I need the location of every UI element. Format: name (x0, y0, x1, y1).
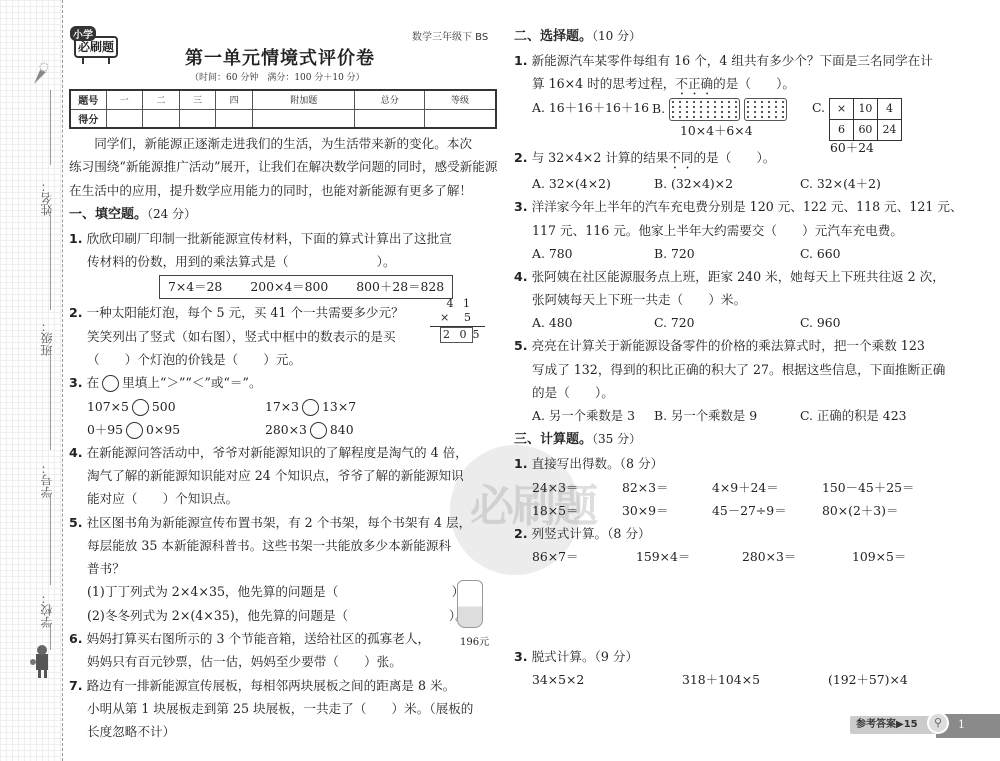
question-text: 张阿姨在社区能源服务点上班，距家 240 米，她每天上下班共往返 2 次， (532, 269, 945, 284)
table-cell: 10 (853, 99, 877, 120)
question-text: 张阿姨每天上下班一共走（ ）米。 (514, 288, 984, 311)
dot (747, 116, 749, 118)
compare-right: 840 (330, 418, 354, 441)
table-cell: 24 (877, 120, 901, 141)
question-3: 3. 在里填上“＞”“＜”或“＝”。 (69, 371, 499, 394)
dot (782, 111, 784, 113)
section-heading: 一、填空题。（24 分） (69, 202, 499, 227)
dot (775, 106, 777, 108)
question-1: 1. 欣欣印刷厂印制一批新能源宣传材料，下面的算式计算出了这批宣 (69, 227, 499, 250)
vertical-top: 4 1 (430, 297, 485, 311)
compare-left: 280×3 (265, 418, 307, 441)
dot (782, 106, 784, 108)
intro-line: 练习围绕“新能源推广活动”展开，让我们在解决数学问题的同时，感受新能源 (69, 155, 499, 178)
dot (721, 116, 723, 118)
logo-leg (108, 58, 110, 64)
question-text: 的是（ ）。 (514, 381, 984, 404)
option-c[interactable]: C. ×104 66024 60＋24 (800, 98, 902, 155)
expression: 200×4＝800 (250, 277, 328, 297)
score-header-cell: 一 (106, 90, 143, 109)
mc-question-4: 4. 张阿姨在社区能源服务点上班，距家 240 米，她每天上下班共往返 2 次， (514, 265, 984, 288)
dot (679, 116, 681, 118)
dot (761, 116, 763, 118)
dot (693, 101, 695, 103)
calc-row: 24×3＝ 82×3＝ 4×9＋24＝ 150－45＋25＝ (514, 476, 984, 499)
time-info: （时间：60 分钟 满分：100 分＋10 分） (190, 70, 365, 83)
question-number: 1. (69, 231, 83, 246)
question-number: 3. (514, 649, 528, 664)
dot (735, 116, 737, 118)
dot (714, 116, 716, 118)
section-heading: 二、选择题。（10 分） (514, 24, 984, 49)
question-number: 5. (514, 338, 528, 353)
score-cell[interactable] (253, 109, 355, 128)
dot (747, 111, 749, 113)
option-b[interactable]: B. 10×4＋6×4 (652, 98, 800, 141)
question-6: 6. 妈妈打算买右图所示的 3 个节能音箱，送给社区的孤寡老人， (69, 627, 499, 650)
question-text: 新能源汽车某零件每组有 16 个，4 组共有多少个？下面是三名同学在计 (532, 53, 933, 68)
dot (686, 116, 688, 118)
mc-options: A. 32×(4×2) B. (32×4)×2 C. 32×(4＋2) (514, 172, 984, 195)
score-header-cell: 题号 (70, 90, 106, 109)
score-header-cell: 附加题 (253, 90, 355, 109)
dot (686, 101, 688, 103)
option-c[interactable]: C. 32×(4＋2) (800, 172, 881, 195)
emphasis-text: 不同 (668, 150, 693, 165)
calc-item[interactable]: 86×7＝ (532, 545, 636, 645)
class-label: 班级： (38, 320, 55, 356)
table-cell: 6 (829, 120, 853, 141)
mc-options: A. 16＋16＋16＋16 B. 10×4＋6×4 C. ×104 66024… (514, 98, 984, 146)
dot (721, 111, 723, 113)
dot-array-10x4 (669, 98, 740, 121)
question-text: 一种太阳能灯泡，每个 5 元，买 41 个一共需要多少元？ (87, 305, 404, 320)
option-b[interactable]: B. 另一个乘数是 9 (654, 404, 800, 427)
question-number: 5. (69, 515, 83, 530)
question-text: 直接写出得数。（8 分） (532, 456, 664, 471)
logo-leg (82, 58, 84, 64)
question-number: 2. (514, 526, 528, 541)
dot-array-6x4 (744, 98, 787, 121)
dot (693, 111, 695, 113)
question-number: 1. (514, 456, 528, 471)
mc-question-3: 3. 洋洋家今年上半年的汽车充电费分别是 120 元、122 元、118 元、1… (514, 195, 984, 218)
calc-question-1: 1. 直接写出得数。（8 分） (514, 452, 984, 475)
dot (693, 116, 695, 118)
speaker-image (457, 580, 483, 628)
mc-question-1: 1. 新能源汽车某零件每组有 16 个，4 组共有多少个？下面是三名同学在计 (514, 49, 984, 72)
intro-line: 在生活中的应用，提升数学应用能力的同时，也能对新能源有更多了解！ (69, 179, 499, 202)
speaker-price: 196元 (460, 633, 489, 648)
vertical-mult-row: ×5 (430, 311, 485, 325)
score-header-cell: 等级 (425, 90, 496, 109)
compare-right: 500 (152, 395, 176, 418)
option-c[interactable]: C. 960 (800, 311, 841, 334)
dot (761, 101, 763, 103)
dot (768, 106, 770, 108)
calc-item[interactable]: 280×3＝ (742, 545, 852, 645)
text: 的是（ ）。 (713, 76, 795, 91)
compare-answer-circle[interactable] (302, 399, 319, 416)
dot (735, 101, 737, 103)
compare-left: 0＋95 (87, 418, 123, 441)
dot (754, 106, 756, 108)
dot (714, 111, 716, 113)
text: 算 16×4 时的思考过程， (532, 76, 675, 91)
left-column: 同学们，新能源正逐渐走进我们的生活，为生活带来新的变化。本次 练习围绕“新能源推… (69, 132, 499, 744)
dot (775, 101, 777, 103)
table-cell: 60 (853, 120, 877, 141)
question-number: 4. (514, 269, 528, 284)
question-number: 2. (514, 150, 528, 165)
option-caption: 60＋24 (812, 141, 902, 155)
compare-item: 0＋950×95 (87, 418, 265, 441)
expression-box: 7×4＝28 200×4＝800 800＋28＝828 (159, 275, 453, 299)
mascot-icon (28, 640, 54, 680)
dot (672, 101, 674, 103)
name-field[interactable] (50, 215, 51, 310)
subject-label: 数学三年级下 BS (412, 28, 488, 43)
mc-options: A. 另一个乘数是 3 B. 另一个乘数是 9 C. 正确的积是 423 (514, 404, 984, 427)
question-text: 洋洋家今年上半年的汽车充电费分别是 120 元、122 元、118 元、121 … (532, 199, 963, 214)
option-a[interactable]: A. 480 (532, 311, 654, 334)
dot (728, 106, 730, 108)
calc-item[interactable]: 109×5＝ (852, 545, 906, 645)
compare-answer-circle[interactable] (126, 422, 143, 439)
student-id-field[interactable] (50, 495, 51, 585)
option-caption: 10×4＋6×4 (652, 121, 800, 141)
mc-question-2: 2. 与 32×4×2 计算的结果不同的是（ ）。 (514, 146, 984, 172)
cut-line (62, 0, 63, 761)
multiplier: 5 (464, 311, 471, 325)
mc-options: A. 780 B. 720 C. 660 (514, 242, 984, 265)
times-sign: × (440, 311, 449, 325)
table-cell: 4 (877, 99, 901, 120)
option-b[interactable]: B. (32×4)×2 (654, 172, 800, 195)
dot (707, 111, 709, 113)
score-header-cell: 四 (216, 90, 253, 109)
compare-circle-icon (102, 375, 119, 392)
table-cell: × (829, 99, 853, 120)
dot (707, 106, 709, 108)
area-table: ×104 66024 (829, 98, 902, 141)
calc-item[interactable]: 30×9＝ (622, 499, 712, 522)
calc-item[interactable]: 34×5×2 (532, 668, 682, 691)
magnifier-icon: ⚲ (927, 712, 949, 734)
dot (761, 111, 763, 113)
dot (693, 106, 695, 108)
option-label: C. (812, 100, 825, 115)
expression: 800＋28＝828 (356, 277, 444, 297)
dot (672, 116, 674, 118)
dot (728, 101, 730, 103)
logo-top: 小学 (70, 26, 96, 41)
question-text: 路边有一排新能源宣传展板，每相邻两块展板之间的距离是 8 米。 (87, 678, 456, 693)
compare-item: 107×5500 (87, 395, 265, 418)
pencil-icon (32, 62, 48, 86)
section-title: 二、选择题。 (514, 29, 592, 44)
score-cell[interactable] (143, 109, 180, 128)
page-number: 1 (958, 716, 965, 734)
question-text: 亮亮在计算关于新能源设备零件的价格的乘法算式时，把一个乘数 123 (532, 338, 925, 353)
question-text: 在 (87, 375, 100, 390)
compare-row: 107×5500 17×313×7 (69, 395, 499, 418)
calc-item[interactable]: 4×9＋24＝ (712, 476, 822, 499)
question-text: 妈妈打算买右图所示的 3 个节能音箱，送给社区的孤寡老人， (87, 631, 430, 646)
dot (721, 106, 723, 108)
section-title: 三、计算题。 (514, 432, 592, 447)
dot (775, 111, 777, 113)
dot (754, 111, 756, 113)
dot (754, 101, 756, 103)
dot (686, 106, 688, 108)
calc-question-3: 3. 脱式计算。（9 分） (514, 645, 984, 668)
score-cell[interactable] (425, 109, 496, 128)
section-points: （35 分） (592, 432, 641, 446)
question-text: 写成了 132，得到的积比正确的积大了 27。根据这些信息，下面推断正确 (514, 358, 984, 381)
dot (672, 111, 674, 113)
option-a[interactable]: A. 32×(4×2) (532, 172, 654, 195)
section-heading: 三、计算题。（35 分） (514, 427, 984, 452)
section-points: （10 分） (592, 29, 641, 43)
boxed-digits: 2 0 (440, 327, 473, 343)
option-b[interactable]: C. 720 (654, 311, 800, 334)
dot (700, 111, 702, 113)
question-number: 2. (69, 305, 83, 320)
student-id-label: 学号： (38, 462, 55, 498)
question-text: 淘气了解的新能源知识能对应 24 个知识点，爷爷了解的新能源知识 (69, 464, 499, 487)
compare-item: 17×313×7 (265, 395, 356, 418)
name-label: 姓名： (38, 180, 55, 216)
calc-item[interactable]: (192＋57)×4 (828, 668, 908, 691)
dot (735, 111, 737, 113)
score-header-row: 题号 一 二 三 四 附加题 总分 等级 (70, 90, 496, 109)
question-text: 脱式计算。（9 分） (532, 649, 638, 664)
compare-item: 280×3840 (265, 418, 354, 441)
dot (700, 101, 702, 103)
section-points: （24 分） (147, 207, 196, 221)
dot (747, 101, 749, 103)
expression: 7×4＝28 (168, 277, 222, 297)
dot (775, 116, 777, 118)
vertical-result: 2 05 (430, 327, 485, 343)
score-row-label: 得分 (70, 109, 106, 128)
sub-question: (1)丁丁列式为 2×4×35，他先算的问题是（ ）； (69, 580, 499, 603)
score-header-cell: 二 (143, 90, 180, 109)
compare-left: 17×3 (265, 395, 299, 418)
question-text: 里填上“＞”“＜”或“＝”。 (122, 375, 261, 390)
class-field[interactable] (50, 355, 51, 450)
question-text: 传材料的份数，用到的乘法算式是（ ）。 (69, 250, 499, 273)
score-cell[interactable] (216, 109, 253, 128)
dot (728, 111, 730, 113)
dot (754, 116, 756, 118)
dot (768, 101, 770, 103)
name-line (50, 90, 51, 165)
dot (728, 116, 730, 118)
question-number: 3. (69, 375, 83, 390)
question-text: 列竖式计算。（8 分） (532, 526, 651, 541)
question-5: 5. 社区图书角为新能源宣传布置书架，有 2 个书架，每个书架有 4 层， (69, 511, 499, 534)
question-text: （ ）个灯泡的价钱是（ ）元。 (69, 348, 499, 371)
mc-question-5: 5. 亮亮在计算关于新能源设备零件的价格的乘法算式时，把一个乘数 123 (514, 334, 984, 357)
calc-row: 34×5×2 318＋104×5 (192＋57)×4 (514, 668, 984, 691)
page-title: 第一单元情境式评价卷 (185, 44, 375, 70)
score-cell[interactable] (355, 109, 425, 128)
option-label: B. (652, 101, 665, 116)
last-digit: 5 (473, 328, 480, 341)
question-text: 算 16×4 时的思考过程，不正确的是（ ）。 (514, 72, 984, 98)
dot (747, 106, 749, 108)
question-7: 7. 路边有一排新能源宣传展板，每相邻两块展板之间的距离是 8 米。 (69, 674, 499, 697)
option-a[interactable]: A. 16＋16＋16＋16 (532, 98, 652, 118)
score-header-cell: 三 (179, 90, 216, 109)
compare-answer-circle[interactable] (132, 399, 149, 416)
calc-row: 18×5＝ 30×9＝ 45－27÷9＝ 80×(2＋3)＝ (514, 499, 984, 522)
question-text: 欣欣印刷厂印制一批新能源宣传材料，下面的算式计算出了这批宣 (87, 231, 452, 246)
mc-options: A. 480 C. 720 C. 960 (514, 311, 984, 334)
dot (714, 101, 716, 103)
option-b[interactable]: B. 720 (654, 242, 800, 265)
school-label: 学校： (38, 592, 55, 628)
question-number: 1. (514, 53, 528, 68)
option-a[interactable]: A. 另一个乘数是 3 (532, 404, 654, 427)
dot (707, 101, 709, 103)
question-number: 6. (69, 631, 83, 646)
question-text: 长度忽略不计） (69, 720, 499, 743)
sub-question: (2)冬冬列式为 2×(4×35)，他先算的问题是（ ）。 (69, 604, 499, 627)
calc-item[interactable]: 318＋104×5 (682, 668, 828, 691)
dot (700, 116, 702, 118)
dot (679, 111, 681, 113)
score-cell[interactable] (179, 109, 216, 128)
question-text: 妈妈只有百元钞票，估一估，妈妈至少要带（ ）张。 (69, 650, 499, 673)
option-c[interactable]: C. 正确的积是 423 (800, 404, 906, 427)
question-text: 小明从第 1 块展板走到第 25 块展板，一共走了（ ）米。（展板的 (69, 697, 499, 720)
dot (700, 106, 702, 108)
dot (735, 106, 737, 108)
dot (721, 101, 723, 103)
compare-left: 107×5 (87, 395, 129, 418)
question-text: 在新能源问答活动中，爷爷对新能源知识的了解程度是淘气的 4 倍， (87, 445, 468, 460)
calc-item[interactable]: 45－27÷9＝ (712, 499, 822, 522)
compare-row: 0＋950×95 280×3840 (69, 418, 499, 441)
score-table: 题号 一 二 三 四 附加题 总分 等级 得分 (69, 89, 497, 129)
calc-question-2: 2. 列竖式计算。（8 分） (514, 522, 984, 545)
dot (782, 116, 784, 118)
question-text: 117 元、116 元。他家上半年大约需要交（ ）元汽车充电费。 (514, 219, 984, 242)
option-c[interactable]: C. 660 (800, 242, 841, 265)
calc-item[interactable]: 82×3＝ (622, 476, 712, 499)
calc-item[interactable]: 24×3＝ (532, 476, 622, 499)
dot (782, 101, 784, 103)
question-number: 3. (514, 199, 528, 214)
question-number: 7. (69, 678, 83, 693)
question-text: 的是（ ）。 (694, 150, 776, 165)
section-title: 一、填空题。 (69, 207, 147, 222)
dot (672, 106, 674, 108)
dot (707, 116, 709, 118)
dot (761, 106, 763, 108)
compare-right: 0×95 (146, 418, 180, 441)
question-text: 普书？ (69, 557, 499, 580)
question-text: 每层能放 35 本新能源科普书。这些书架一共能放多少本新能源科 (69, 534, 499, 557)
calc-item[interactable]: 150－45＋25＝ (822, 476, 914, 499)
compare-right: 13×7 (322, 395, 356, 418)
dot (679, 101, 681, 103)
vertical-multiplication: 4 1 ×5 2 05 (430, 297, 485, 343)
intro-line: 同学们，新能源正逐渐走进我们的生活，为生活带来新的变化。本次 (69, 132, 499, 155)
calc-row: 86×7＝ 159×4＝ 280×3＝ 109×5＝ (514, 545, 984, 645)
option-a[interactable]: A. 780 (532, 242, 654, 265)
compare-answer-circle[interactable] (310, 422, 327, 439)
dot (714, 106, 716, 108)
dot (768, 111, 770, 113)
calc-item[interactable]: 80×(2＋3)＝ (822, 499, 898, 522)
score-header-cell: 总分 (355, 90, 425, 109)
question-text: 能对应（ ）个知识点。 (69, 487, 499, 510)
question-number: 4. (69, 445, 83, 460)
score-cell[interactable] (106, 109, 143, 128)
calc-item[interactable]: 18×5＝ (532, 499, 622, 522)
emphasis-text: 不正确 (675, 76, 713, 91)
dot (679, 106, 681, 108)
score-row: 得分 (70, 109, 496, 128)
calc-item[interactable]: 159×4＝ (636, 545, 742, 645)
right-column: 二、选择题。（10 分） 1. 新能源汽车某零件每组有 16 个，4 组共有多少… (514, 24, 984, 691)
question-4: 4. 在新能源问答活动中，爷爷对新能源知识的了解程度是淘气的 4 倍， (69, 441, 499, 464)
dot (768, 116, 770, 118)
question-text: 社区图书角为新能源宣传布置书架，有 2 个书架，每个书架有 4 层， (87, 515, 472, 530)
dot (686, 111, 688, 113)
brand-logo: 必刷题 小学 (70, 28, 120, 64)
question-text: 与 32×4×2 计算的结果 (532, 150, 669, 165)
answer-reference-link[interactable]: 参考答案▶15 (850, 716, 938, 734)
